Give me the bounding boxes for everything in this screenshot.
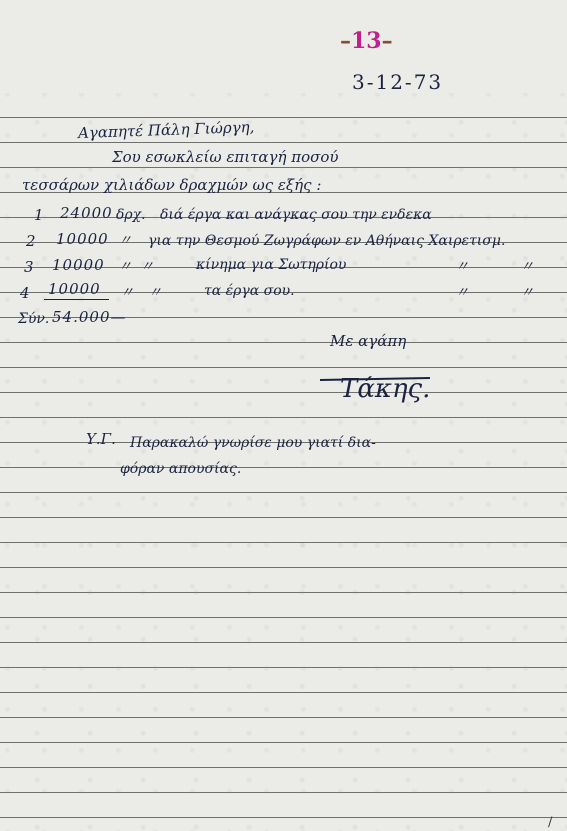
item-unit: 〃 [120, 286, 134, 300]
item-amount: 10000 [56, 232, 109, 247]
ditto-mark: 〃 [455, 286, 469, 300]
item-description: διά έργα και ανάγκας σου την ενδεκα [160, 208, 432, 222]
ditto-mark: 〃 [520, 286, 534, 300]
total-amount: 54.000— [52, 310, 127, 325]
item-description: τα έργα σου. [204, 284, 295, 298]
item-unit: 〃 [140, 260, 154, 274]
item-number: 1 [34, 208, 45, 223]
item-amount: 10000 [52, 258, 105, 273]
corner-mark: / [548, 816, 552, 829]
body-line-2: τεσσάρων χιλιάδων δραχμών ως εξής : [22, 178, 321, 193]
item-number: 4 [20, 286, 31, 301]
ditto-mark: 〃 [455, 260, 469, 274]
page-number: –13– [340, 30, 393, 52]
body-line-1: Σου εσωκλείω επιταγή ποσού [112, 150, 339, 165]
item-amount: 24000 [60, 206, 113, 221]
letter-date: 3-12-73 [352, 72, 443, 92]
letter-page: –13– 3-12-73 Αγαπητέ Πάλη Γιώργη, Σου εσ… [0, 0, 567, 831]
ditto-mark: 〃 [520, 260, 534, 274]
postscript-line-2: φόραν απουσίας. [120, 462, 241, 476]
closing: Με αγάπη [330, 334, 406, 349]
signature: Τάκης. [340, 376, 430, 402]
postscript-marker: Υ.Γ. [86, 432, 116, 447]
item-unit: 〃 [118, 260, 132, 274]
item-description: για την Θεσμού Ζωγράφων εν Αθήναις Χαιρε… [148, 234, 505, 248]
salutation: Αγαπητέ Πάλη Γιώργη, [78, 120, 255, 141]
item-description: κίνημα για Σωτηρίου [196, 258, 346, 272]
item-amount: 10000 [44, 282, 109, 300]
item-unit: 〃 [148, 286, 162, 300]
item-unit: δρχ. [116, 208, 146, 222]
item-unit: 〃 [118, 234, 132, 248]
postscript-line-1: Παρακαλώ γνωρίσε μου γιατί δια- [130, 436, 376, 450]
item-number: 3 [24, 260, 35, 275]
total-label: Σύν. [18, 312, 49, 326]
item-number: 2 [26, 234, 37, 249]
